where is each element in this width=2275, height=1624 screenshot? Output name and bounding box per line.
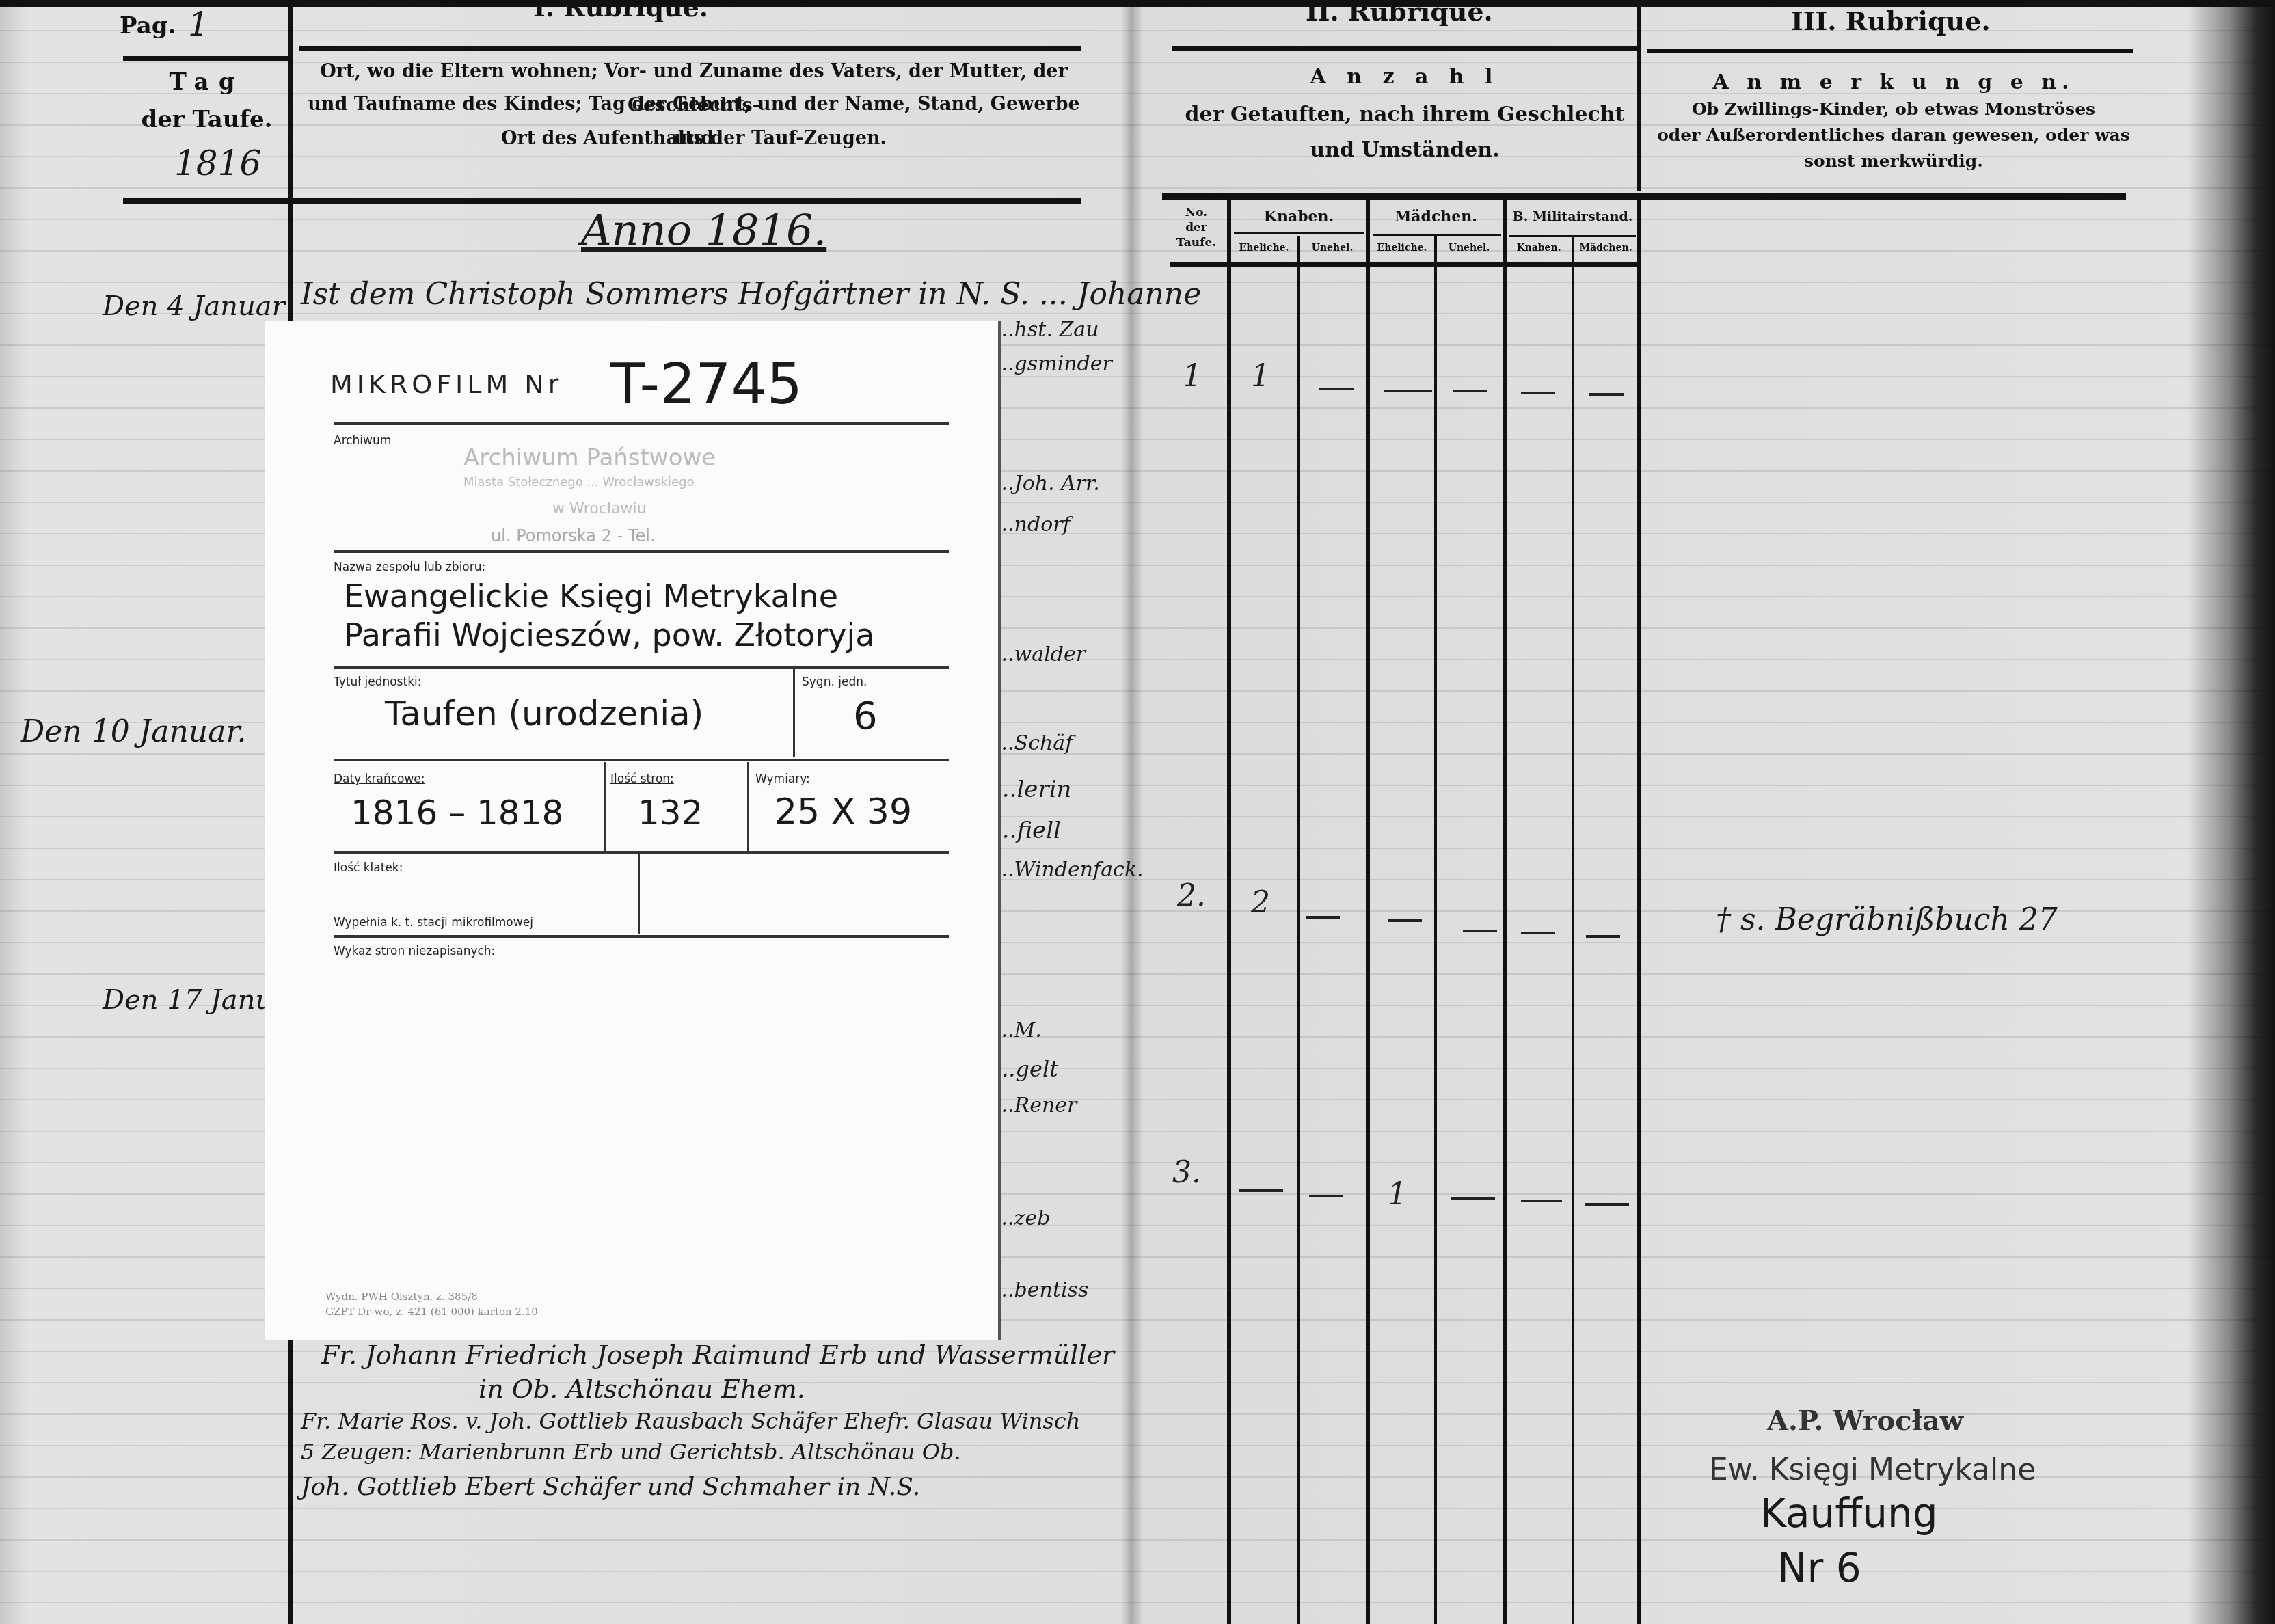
tytul-value: Taufen (urodzenia) — [385, 694, 703, 733]
divider — [334, 935, 949, 938]
rubric-1-title: I. Rubrique. — [533, 0, 708, 23]
archiwum-stamp: ul. Pomorska 2 - Tel. — [491, 526, 656, 545]
divider — [334, 759, 949, 761]
tag-heading: Tag — [123, 65, 291, 99]
count-cell-dash — [1388, 919, 1422, 922]
count-cell-dash — [1521, 932, 1555, 934]
nazwa-value: Ewangelickie Księgi Metrykalne — [344, 578, 838, 614]
count-cell: 1 — [1388, 1177, 1407, 1212]
margin-fragment: ...gelt — [995, 1056, 1058, 1082]
header-line: No. — [1166, 205, 1227, 220]
margin-fragment: ...Windenfack. — [995, 858, 1144, 882]
count-cell-dash — [1453, 390, 1487, 392]
daty-value: 1816 – 1818 — [351, 793, 563, 833]
count-cell-dash — [1586, 935, 1620, 938]
tag-year: 1816 — [174, 144, 261, 183]
divider — [1234, 232, 1364, 234]
divider — [1647, 49, 2133, 53]
header-line: Taufe. — [1166, 235, 1227, 250]
no-der-taufe-header: No. der Taufe. — [1166, 205, 1227, 250]
sub-header: Unehel. — [1299, 241, 1366, 256]
rubric-3-desc: sonst merkwürdig. — [1644, 148, 2143, 175]
count-cell-dash — [1521, 1200, 1562, 1202]
card-footer: GZPT Dr-wo, z. 421 (61 000) karton 2.10 — [325, 1305, 538, 1318]
rubric-2-title: II. Rubrique. — [1306, 0, 1493, 27]
archiwum-stamp: Miasta Stołecznego ... Wrocławskiego — [463, 475, 694, 489]
rubric-2-desc: der Getauften, nach ihrem Geschlecht — [1169, 98, 1641, 132]
table-header-rule — [1170, 262, 1639, 267]
margin-fragment: ...walder — [995, 642, 1086, 666]
table-column-line — [1366, 197, 1370, 1624]
count-cell-dash — [1239, 1189, 1283, 1192]
daty-label: Daty krańcowe: — [334, 772, 425, 786]
stamp-number-handwritten: Nr 6 — [1777, 1545, 1861, 1591]
archiwum-stamp: w Wrocławiu — [552, 500, 647, 517]
divider — [1172, 46, 1637, 51]
divider — [334, 666, 949, 669]
divider — [793, 668, 795, 757]
column-divider — [1637, 7, 1641, 191]
archiwum-label: Archiwum — [334, 434, 391, 448]
count-cell-dash — [1319, 388, 1354, 390]
maedchen-header: Mädchen. — [1369, 209, 1503, 224]
entry-text-line: in Ob. Altschönau Ehem. — [479, 1374, 805, 1404]
margin-fragment: ...zeb — [995, 1206, 1050, 1230]
anmerkungen-heading: A n m e r k u n g e n. — [1644, 66, 2143, 100]
divider — [1373, 234, 1501, 236]
margin-fragment: ...Rener — [995, 1094, 1077, 1118]
count-cell-dash — [1463, 930, 1497, 932]
wypelnia-label: Wypełnia k. t. stacji mikrofilmowej — [334, 916, 533, 930]
margin-fragment: ...fiell — [995, 817, 1061, 844]
count-cell: 2 — [1251, 885, 1270, 920]
divider — [123, 198, 1081, 204]
header-line: der — [1166, 220, 1227, 235]
rubric-3-title: III. Rubrique. — [1791, 5, 1991, 36]
sub-header: Eheliche. — [1230, 241, 1297, 256]
table-top-rule — [1162, 193, 2126, 200]
anno-heading: Anno 1816. — [581, 205, 826, 255]
divider — [299, 46, 1081, 51]
sub-header: Unehel. — [1436, 241, 1502, 256]
tytul-label: Tytuł jednostki: — [334, 675, 421, 689]
table-column-line — [1434, 236, 1437, 1624]
entry-text-line: Fr. Johann Friedrich Joseph Raimund Erb … — [321, 1340, 1114, 1370]
divider — [334, 422, 949, 425]
knaben-header: Knaben. — [1230, 209, 1367, 224]
table-column-line — [1503, 197, 1507, 1624]
rubric-3-desc: oder Außerordentliches daran gewesen, od… — [1644, 122, 2143, 149]
count-cell-dash — [1521, 392, 1555, 394]
mikrofilm-number: T-2745 — [610, 352, 803, 417]
stamp-place-handwritten: Kauffung — [1760, 1490, 1938, 1537]
count-cell-dash — [1451, 1197, 1495, 1200]
microfilm-card: MIKROFILM Nr T-2745 Archiwum Archiwum Pa… — [265, 321, 998, 1340]
count-cell-dash — [1585, 1203, 1629, 1206]
ilosc-klatek-label: Ilość klatek: — [334, 861, 403, 875]
margin-fragment: ...gsminder — [995, 352, 1112, 376]
anzahl-heading: A n z a h l — [1169, 60, 1641, 94]
divider — [334, 550, 949, 553]
nazwa-value: Parafii Wojcieszów, pow. Złotoryja — [344, 617, 875, 653]
sygn-value: 6 — [853, 694, 878, 738]
margin-fragment: ...M. — [995, 1018, 1042, 1042]
page-number: 1 — [188, 5, 209, 44]
margin-fragment: ...Schäf — [995, 731, 1073, 755]
wykaz-label: Wykaz stron niezapisanych: — [334, 945, 495, 958]
entry-number: 1 — [1183, 359, 1202, 394]
der-taufe-heading: der Taufe. — [123, 103, 291, 137]
table-column-line — [1572, 236, 1574, 1624]
nazwa-label: Nazwa zespołu lub zbioru: — [334, 560, 485, 574]
margin-fragment: ...ndorf — [995, 513, 1071, 537]
ilosc-stron-value: 132 — [638, 793, 703, 833]
sygn-label: Sygn. jedn. — [802, 675, 867, 689]
entry-text-line: Joh. Gottlieb Ebert Schäfer und Schmaher… — [301, 1473, 920, 1501]
entry-number: 2. — [1177, 878, 1206, 913]
count-cell-dash — [1306, 916, 1340, 919]
card-footer: Wydn. PWH Olsztyn, z. 385/8 — [325, 1290, 478, 1303]
entry-date: Den 4 Januar — [103, 290, 285, 322]
rubric-3-desc: Ob Zwillings-Kinder, ob etwas Monströses — [1644, 96, 2143, 123]
margin-fragment: ...bentiss — [995, 1278, 1088, 1302]
wymiary-label: Wymiary: — [755, 772, 810, 786]
sub-header: Mädchen. — [1573, 241, 1639, 256]
entry-text-line: Fr. Marie Ros. v. Joh. Gottlieb Rausbach… — [301, 1408, 1080, 1434]
margin-fragment: ...hst. Zau — [995, 318, 1099, 342]
count-cell-dash — [1589, 393, 1624, 396]
archive-stamp-collection: Ew. Księgi Metrykalne — [1709, 1452, 2036, 1487]
count-cell-dash — [1309, 1195, 1343, 1197]
divider — [747, 762, 749, 851]
entry-number: 3. — [1172, 1155, 1201, 1190]
rubric-2-desc: und Umständen. — [1169, 133, 1641, 167]
divider — [638, 853, 640, 934]
entry-date: Den 10 Januar. — [21, 714, 247, 749]
margin-fragment: ...Joh. Arr. — [995, 472, 1100, 496]
archive-stamp: A.P. Wrocław — [1767, 1405, 1963, 1437]
archiwum-stamp: Archiwum Państwowe — [463, 444, 716, 472]
count-cell: 1 — [1251, 359, 1270, 394]
entry-text-line: 5 Zeugen: Marienbrunn Erb und Gerichtsb.… — [301, 1439, 961, 1465]
wymiary-value: 25 X 39 — [775, 791, 912, 833]
divider — [604, 762, 606, 851]
ilosc-stron-label: Ilość stron: — [610, 772, 674, 786]
table-column-line — [1637, 197, 1641, 1624]
militairstand-header: B. Militairstand. — [1506, 209, 1639, 224]
remark-text: † s. Begräbnißbuch 27 — [1716, 902, 2058, 937]
table-column-line — [1297, 236, 1300, 1624]
count-cell-dash — [1384, 390, 1432, 392]
mikrofilm-label: MIKROFILM Nr — [330, 369, 563, 399]
entry-text: Ist dem Christoph Sommers Hofgärtner in … — [301, 277, 1201, 312]
sub-header: Eheliche. — [1369, 241, 1435, 256]
divider — [123, 56, 291, 61]
margin-fragment: ...lerin — [995, 776, 1071, 803]
page-label: Pag. — [120, 12, 176, 40]
table-column-line — [1227, 197, 1231, 1624]
rubric-1-desc: Ort des Aufenthalts der Tauf-Zeugen. — [301, 122, 1087, 156]
divider — [334, 851, 949, 854]
sub-header: Knaben. — [1506, 241, 1572, 256]
